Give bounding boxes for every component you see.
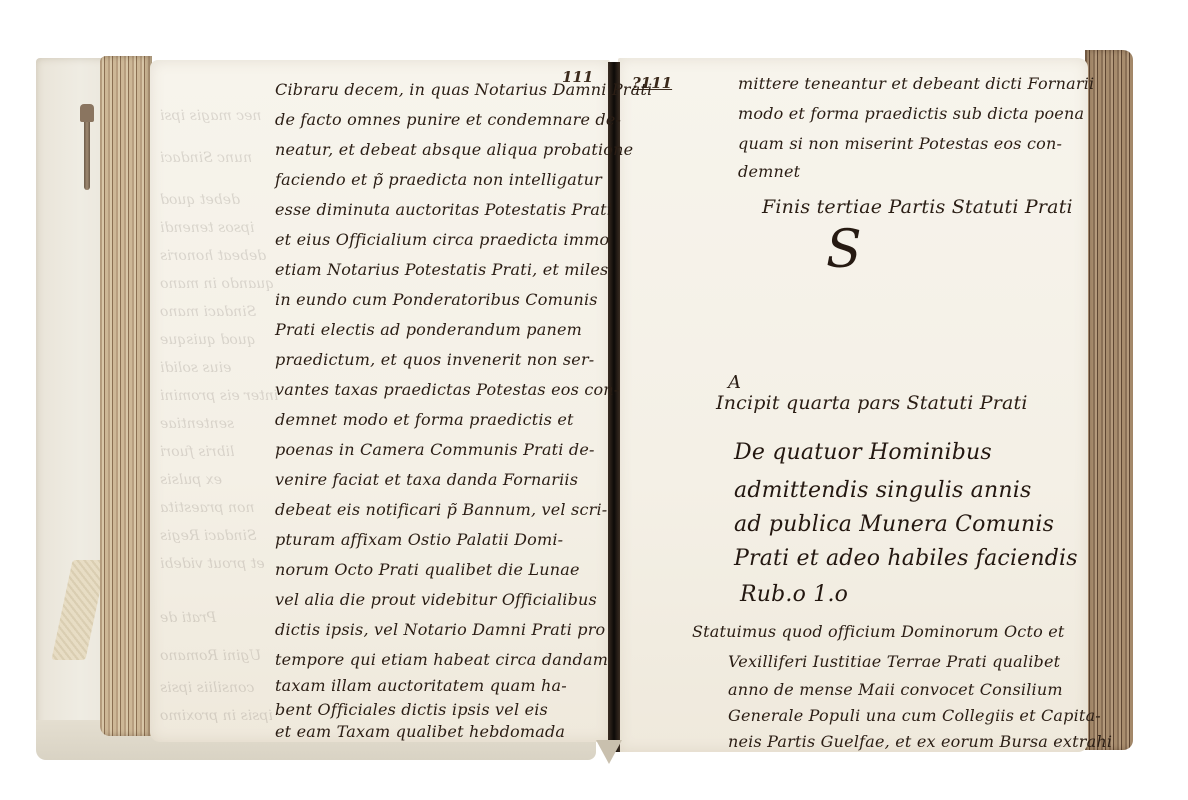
text-line: vantes taxas praedictas Potestas eos con… bbox=[275, 380, 619, 399]
text-line: esse diminuta auctoritas Potestatis Prat… bbox=[275, 200, 612, 219]
text-line: bent Officiales dictis ipsis vel eis bbox=[275, 700, 548, 719]
text-line: modo et forma praedictis sub dicta poena bbox=[738, 104, 1084, 123]
text-line: demnet modo et forma praedictis et bbox=[275, 410, 574, 429]
text-line: Prati electis ad ponderandum panem bbox=[275, 320, 582, 339]
manuscript-photo: nec magis ipsi nunc Sindaci debet quod i… bbox=[0, 0, 1188, 800]
text-line: mittere teneantur et debeant dicti Forna… bbox=[738, 74, 1094, 93]
margin-mark: A bbox=[728, 372, 741, 393]
text-line: etiam Notarius Potestatis Prati, et mile… bbox=[275, 260, 608, 279]
text-line: Generale Populi una cum Collegiis et Cap… bbox=[728, 706, 1101, 725]
text-line: quam si non miserint Potestas eos con- bbox=[738, 134, 1062, 153]
ghost-line: quando in mano bbox=[160, 276, 274, 292]
text-line: tempore qui etiam habeat circa dandam bbox=[275, 650, 608, 669]
text-line: Cibraru decem, in quas Notarius Damni Pr… bbox=[275, 80, 652, 99]
rubric-number: Rub.o 1.o bbox=[740, 582, 848, 607]
finis-heading: Finis tertiae Partis Statuti Prati bbox=[762, 196, 1073, 218]
spine-tab bbox=[596, 740, 622, 764]
text-line: norum Octo Prati qualibet die Lunae bbox=[275, 560, 580, 579]
text-line: praedictum, et quos invenerit non ser- bbox=[275, 350, 594, 369]
rubric-title-line: ad publica Munera Comunis bbox=[734, 512, 1054, 537]
ghost-line: debeat honoris bbox=[160, 248, 266, 264]
text-line: et eius Officialium circa praedicta immo bbox=[275, 230, 609, 249]
text-line: in eundo cum Ponderatoribus Comunis bbox=[275, 290, 598, 309]
text-line: anno de mense Maii convocet Consilium bbox=[728, 680, 1063, 699]
text-line: poenas in Camera Communis Prati de- bbox=[275, 440, 595, 459]
ghost-line: consiliis ipsis bbox=[160, 680, 254, 696]
ghost-line: non praestita bbox=[160, 500, 254, 516]
text-line: vel alia die prout videbitur Officialibu… bbox=[275, 590, 597, 609]
ghost-line: inter eis promini bbox=[160, 388, 278, 404]
text-line: faciendo et p̃ praedicta non intelligatu… bbox=[275, 170, 602, 189]
page-stack-left-edge bbox=[100, 56, 152, 736]
ghost-line: ipsos tenendi bbox=[160, 220, 254, 236]
text-line: debeat eis notificari p̃ Bannum, vel scr… bbox=[275, 500, 607, 519]
ghost-line: sententiae bbox=[160, 416, 234, 432]
ghost-line: nec magis ipsi bbox=[160, 108, 261, 124]
page-stack-right-edge bbox=[1085, 50, 1133, 750]
ghost-line: et prout videbi bbox=[160, 556, 265, 572]
text-line: Statuimus quod officium Dominorum Octo e… bbox=[692, 622, 1065, 641]
book-gutter bbox=[608, 62, 620, 752]
text-line: pturam affixam Ostio Palatii Domi- bbox=[275, 530, 563, 549]
ghost-line: Sindaci mano bbox=[160, 304, 256, 320]
text-line: neis Partis Guelfae, et ex eorum Bursa e… bbox=[728, 732, 1112, 751]
ghost-line: Ugini Romano bbox=[160, 648, 261, 664]
text-line: Vexilliferi Iustitiae Terrae Prati quali… bbox=[728, 652, 1060, 671]
ghost-line: Prati de bbox=[160, 610, 216, 626]
rubric-title-line: De quatuor Hominibus bbox=[734, 440, 992, 465]
text-line: de facto omnes punire et condemnare de- bbox=[275, 110, 621, 129]
ghost-line: nunc Sindaci bbox=[160, 150, 252, 166]
text-line: dictis ipsis, vel Notario Damni Prati pr… bbox=[275, 620, 605, 639]
ghost-line: eius solidi bbox=[160, 360, 231, 376]
ghost-line: quod quisque bbox=[160, 332, 256, 348]
ghost-line: libris fuori bbox=[160, 444, 235, 460]
ghost-line: Sindaci Regis bbox=[160, 528, 257, 544]
rubric-title-line: admittendis singulis annis bbox=[734, 478, 1031, 503]
ghost-line: debet quod bbox=[160, 192, 240, 208]
text-line: demnet bbox=[738, 162, 800, 181]
text-line: neatur, et debeat absque aliqua probatio… bbox=[275, 140, 633, 159]
text-line: taxam illam auctoritatem quam ha- bbox=[275, 676, 567, 695]
ghost-line: ipsis in proximo bbox=[160, 708, 273, 724]
text-line: venire faciat et taxa danda Fornariis bbox=[275, 470, 578, 489]
incipit-heading: Incipit quarta pars Statuti Prati bbox=[716, 392, 1028, 414]
binding-tie-icon bbox=[84, 110, 90, 190]
flourish-signum-icon: S bbox=[826, 224, 862, 276]
text-line: et eam Taxam qualibet hebdomada bbox=[275, 722, 565, 741]
rubric-title-line: Prati et adeo habiles faciendis bbox=[734, 546, 1078, 571]
ghost-line: ex pulsis bbox=[160, 472, 222, 488]
